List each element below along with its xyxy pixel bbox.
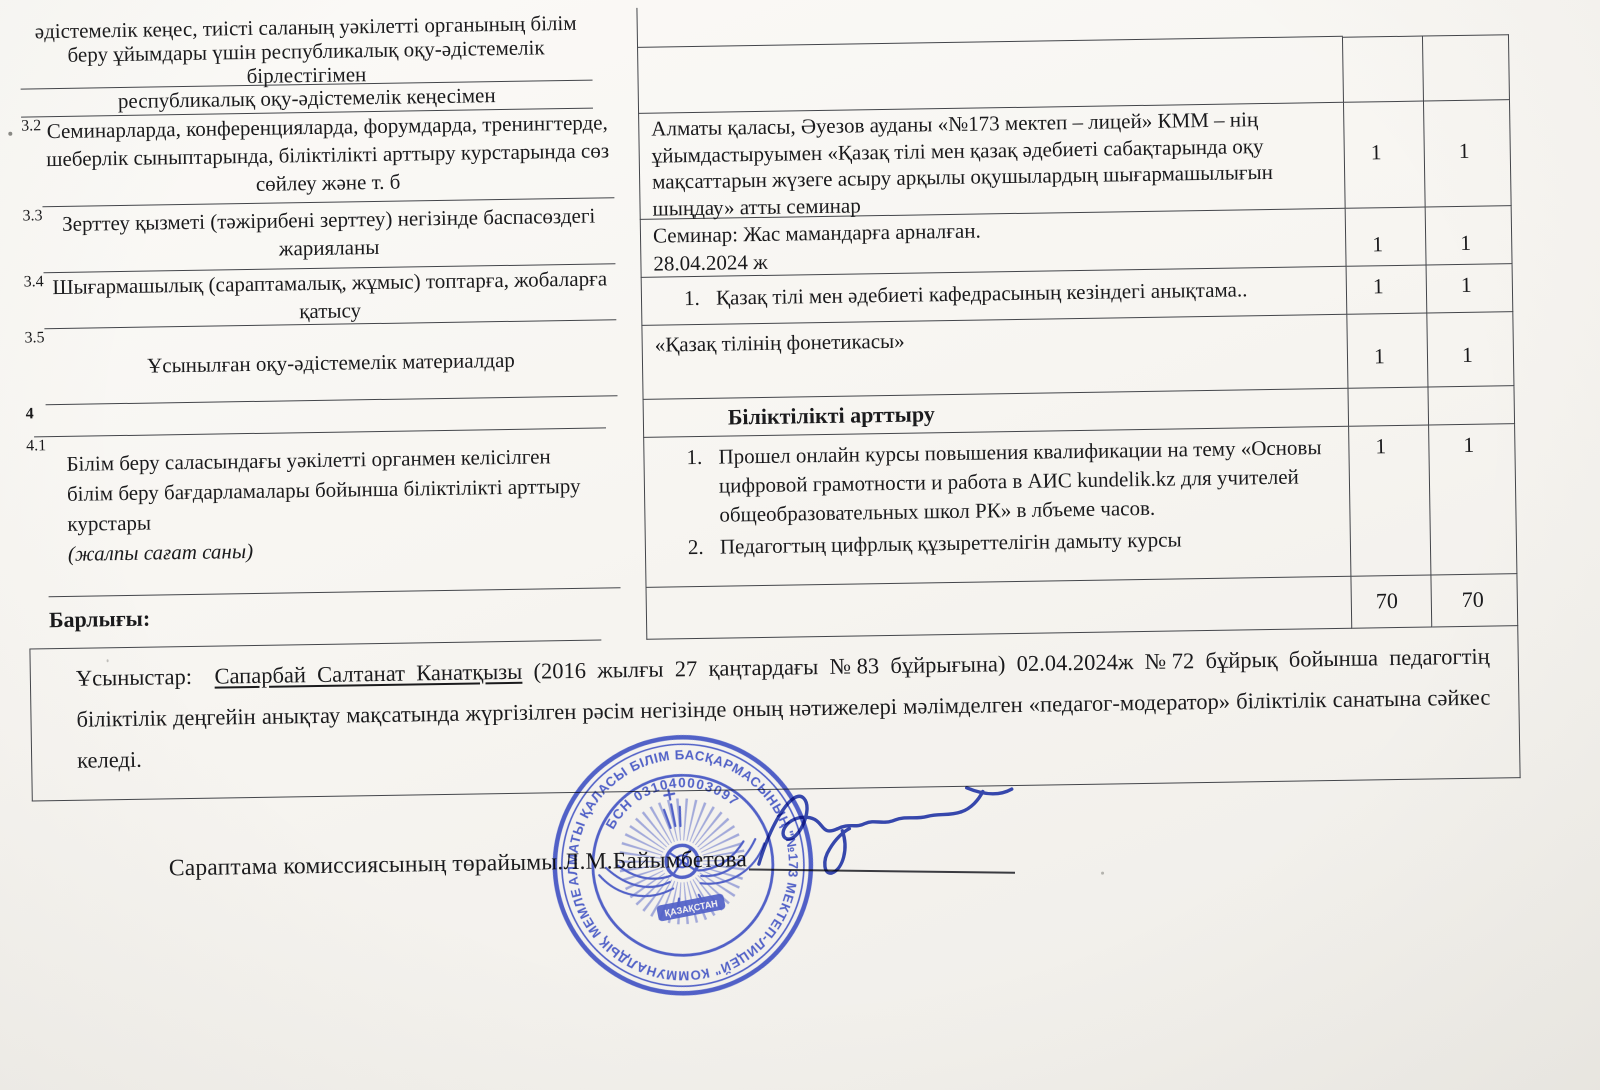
- table-row: 4.1 Білім беру саласындағы уәкілетті орг…: [26, 428, 645, 598]
- item-text: Педагогтың цифрлық құзыреттелігін дамыту…: [720, 523, 1340, 562]
- count-cell: [1428, 386, 1515, 425]
- count-cell: 1: [1427, 312, 1514, 387]
- count-cell: [1422, 0, 1509, 36]
- count-cell: 1: [1347, 266, 1428, 315]
- count-cell: 1: [1426, 206, 1513, 265]
- count-cell: 1: [1429, 424, 1517, 575]
- count-cell: [1342, 0, 1423, 37]
- paper-speck: [1101, 872, 1104, 875]
- table-row: 3.2 Семинарларда, конференцияларда, фору…: [21, 108, 639, 208]
- table-row-seminar-almaty: Алматы қаласы, Әуезов ауданы «№173 мекте…: [638, 100, 1512, 220]
- count-cell: 1: [1349, 425, 1431, 576]
- criteria-cell: Білім беру саласындағы уәкілетті органме…: [46, 428, 620, 597]
- table-row-phonetics: «Қазақ тілінің фонетикасы» 1 1: [641, 312, 1514, 400]
- count-cell: 1: [1344, 102, 1426, 209]
- teacher-name: Сапарбай Салтанат Канатқызы: [214, 659, 522, 689]
- table-row: 3.4 Шығармашылық (сараптамалық, жұмыс) т…: [24, 264, 642, 330]
- scanned-document-page: әдістемелік кеңес, тиісті саланың уәкіле…: [0, 0, 1600, 1090]
- criteria-cell: әдістемелік кеңес, тиісті саланың уәкіле…: [19, 9, 592, 90]
- criteria-cell: Семинарларда, конференцияларда, форумдар…: [41, 108, 614, 207]
- criteria-text: Білім беру саласындағы уәкілетті органме…: [66, 444, 580, 536]
- table-row: 3.3 Зерттеу қызметі (тәжірибені зерттеу)…: [22, 198, 640, 274]
- criteria-cell: Зерттеу қызметі (тәжірибені зерттеу) нег…: [42, 198, 615, 273]
- item-text: Қазақ тілі мен әдебиеті кафедрасының кез…: [716, 275, 1336, 312]
- total-count-cell: 70: [1431, 574, 1518, 627]
- details-cell: [646, 577, 1353, 640]
- attestation-table: әдістемелік кеңес, тиісті саланың уәкіле…: [19, 0, 1520, 801]
- count-cell: [1348, 387, 1429, 426]
- details-cell: «Қазақ тілінің фонетикасы»: [641, 315, 1348, 400]
- details-cell: [637, 37, 1344, 114]
- details-column-group: Алматы қаласы, Әуезов ауданы «№173 мекте…: [636, 0, 1518, 640]
- row-number-cell: 3.3: [22, 207, 43, 273]
- row-number-cell: 3.2: [21, 117, 42, 207]
- details-cell: Алматы қаласы, Әуезов ауданы «№173 мекте…: [638, 103, 1346, 220]
- criteria-note: (жалпы сағат саны): [68, 539, 254, 566]
- table-row-courses: 1. Прошел онлайн курсы повышения квалифи…: [643, 424, 1517, 588]
- row-number-cell: 3.5: [24, 329, 45, 405]
- count-cell: 1: [1427, 264, 1514, 313]
- numbered-item: 1. Қазақ тілі мен әдебиеті кафедрасының …: [684, 275, 1336, 312]
- count-cell: [1423, 34, 1510, 101]
- item-marker: 2.: [688, 533, 720, 562]
- recommendation-label: Ұсыныстар:: [76, 664, 192, 691]
- numbered-item: 2. Педагогтың цифрлық құзыреттелігін дам…: [688, 523, 1340, 562]
- handwritten-signature: [741, 770, 1043, 895]
- table-row: 3.5 Ұсынылған оқу-әдістемелік материалда…: [24, 320, 642, 406]
- document-body: әдістемелік кеңес, тиісті саланың уәкіле…: [0, 0, 1600, 1090]
- item-text: Прошел онлайн курсы повышения квалификац…: [718, 433, 1339, 530]
- count-cell: [1343, 36, 1424, 103]
- item-marker: 1.: [684, 285, 716, 312]
- count-cell: 1: [1424, 100, 1512, 207]
- paper-speck: [107, 659, 109, 662]
- item-marker: 1.: [686, 443, 719, 530]
- table-row: әдістемелік кеңес, тиісті саланың уәкіле…: [19, 8, 637, 90]
- criteria-cell: Ұсынылған оқу-әдістемелік материалдар: [44, 320, 617, 405]
- details-cell: 1. Прошел онлайн курсы повышения квалифи…: [643, 427, 1351, 588]
- numbered-item: 1. Прошел онлайн курсы повышения квалифи…: [686, 433, 1339, 530]
- count-cell: 1: [1347, 314, 1428, 389]
- criteria-cell: Шығармашылық (сараптамалық, жұмыс) топта…: [44, 264, 617, 329]
- row-number-cell: 3.4: [24, 273, 45, 329]
- table-row-total: Барлығы:: [29, 588, 647, 650]
- paper-speck: [8, 132, 12, 136]
- count-cell: 1: [1346, 208, 1427, 267]
- criteria-column-group: әдістемелік кеңес, тиісті саланың уәкіле…: [19, 8, 646, 650]
- total-label: Барлығы:: [29, 589, 602, 650]
- total-count-cell: 70: [1351, 575, 1432, 628]
- row-number-cell: 4.1: [26, 437, 49, 597]
